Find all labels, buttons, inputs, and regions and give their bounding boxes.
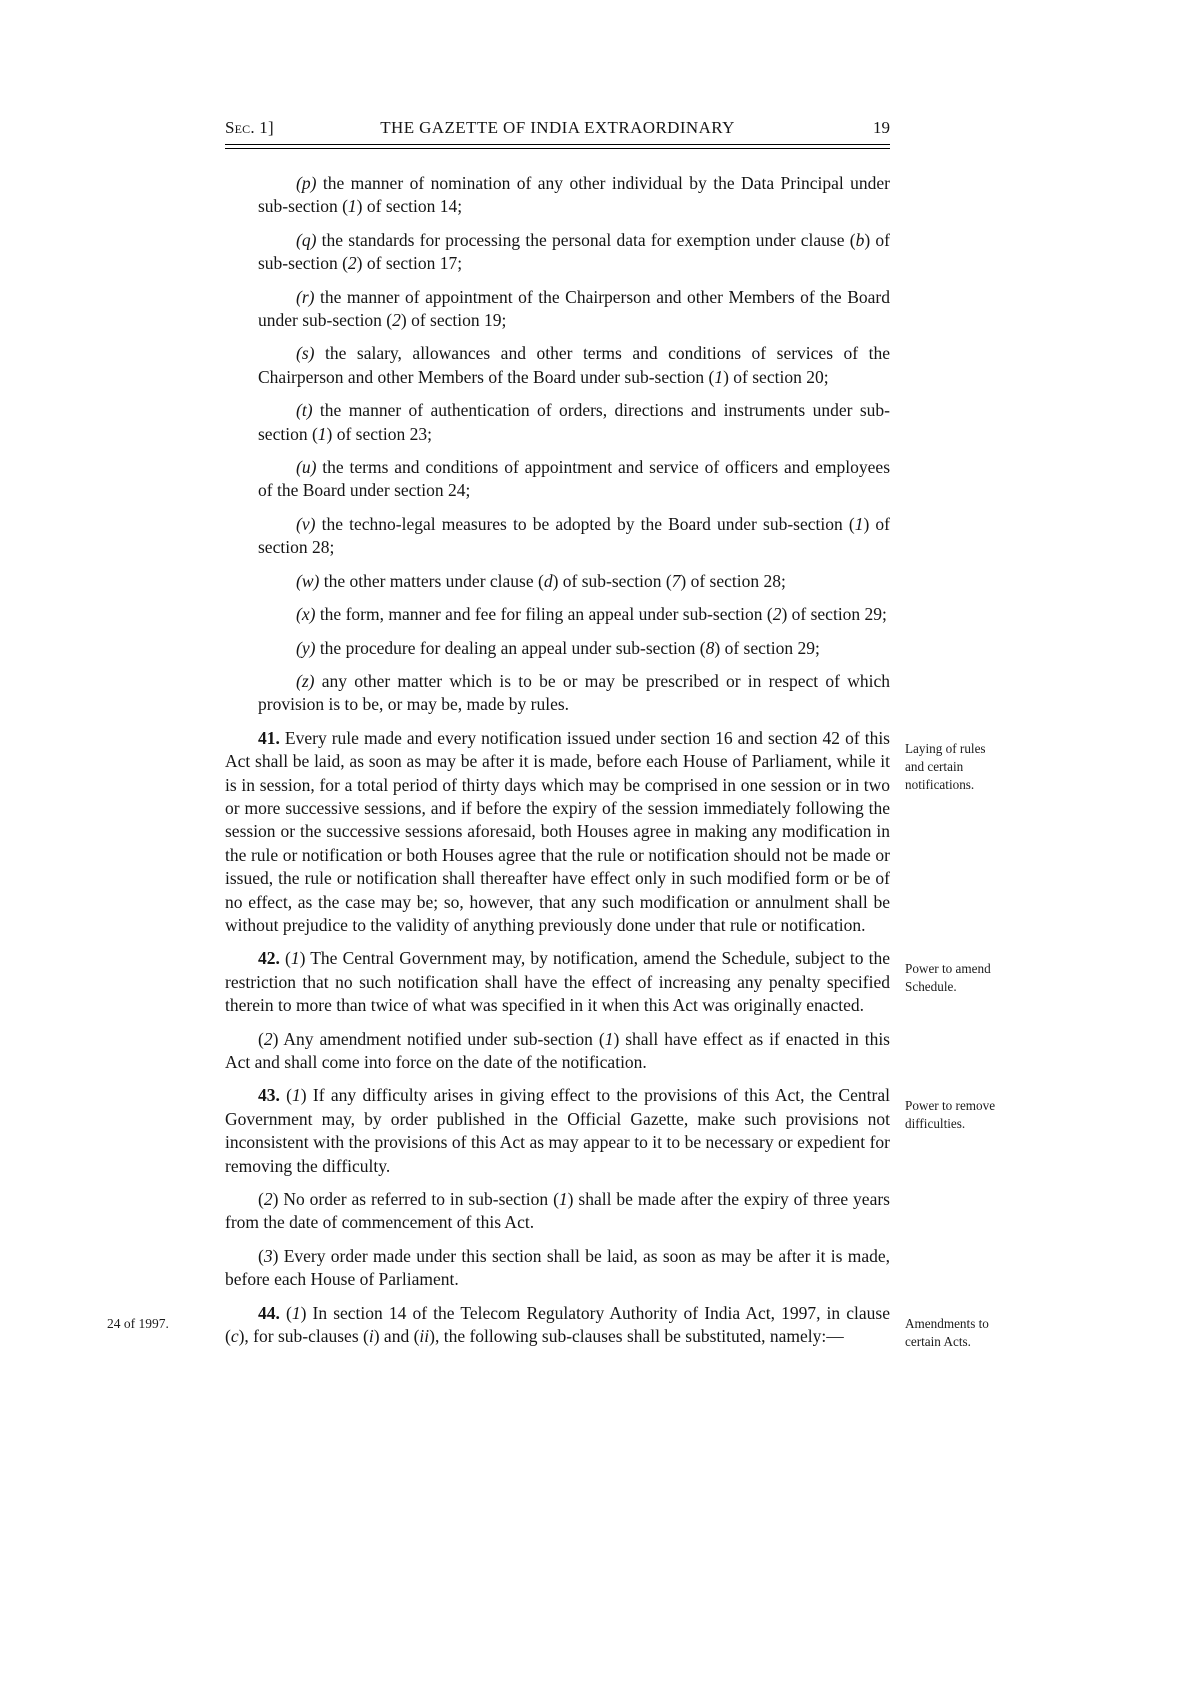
text-segment: (t) bbox=[296, 400, 313, 420]
clause-paragraph-w: (w) the other matters under clause (d) o… bbox=[258, 570, 890, 593]
side-note-laying-of-rules: Laying of rules and certain notification… bbox=[905, 740, 1001, 794]
text-segment: ) of section 23; bbox=[327, 424, 432, 444]
text-segment: (u) bbox=[296, 457, 316, 477]
text-segment: c bbox=[231, 1326, 239, 1346]
paragraph-block: (u) the terms and conditions of appointm… bbox=[225, 456, 890, 503]
paragraph-block: (z) any other matter which is to be or m… bbox=[225, 670, 890, 717]
clause-paragraph-x: (x) the form, manner and fee for filing … bbox=[258, 603, 890, 626]
text-segment: ) of section 29; bbox=[714, 638, 819, 658]
text-segment: 42. bbox=[258, 948, 280, 968]
text-segment: any other matter which is to be or may b… bbox=[258, 671, 890, 714]
paragraph-block: 43. (1) If any difficulty arises in givi… bbox=[225, 1084, 890, 1178]
section-paragraph-43-1: 43. (1) If any difficulty arises in givi… bbox=[225, 1084, 890, 1178]
paragraph-block: (2) No order as referred to in sub-secti… bbox=[225, 1188, 890, 1235]
clause-paragraph-z: (z) any other matter which is to be or m… bbox=[258, 670, 890, 717]
clause-paragraph-t: (t) the manner of authentication of orde… bbox=[258, 399, 890, 446]
paragraph-block: (q) the standards for processing the per… bbox=[225, 229, 890, 276]
clause-paragraph-p: (p) the manner of nomination of any othe… bbox=[258, 172, 890, 219]
clause-paragraph-s: (s) the salary, allowances and other ter… bbox=[258, 342, 890, 389]
margin-note-act-citation: 24 of 1997. bbox=[107, 1315, 211, 1333]
text-segment: 1 bbox=[318, 424, 327, 444]
section-paragraph-42-1: 42. (1) The Central Government may, by n… bbox=[225, 947, 890, 1017]
text-segment: the terms and conditions of appointment … bbox=[258, 457, 890, 500]
paragraph-block: (2) Any amendment notified under sub-sec… bbox=[225, 1028, 890, 1075]
text-segment: ) The Central Government may, by notific… bbox=[225, 948, 890, 1015]
paragraph-block: (s) the salary, allowances and other ter… bbox=[225, 342, 890, 389]
paragraph-block: 41. Every rule made and every notificati… bbox=[225, 727, 890, 938]
text-segment: the other matters under clause ( bbox=[319, 571, 544, 591]
text-segment: ii bbox=[419, 1326, 429, 1346]
text-segment: ) Any amendment notified under sub-secti… bbox=[273, 1029, 605, 1049]
clause-paragraph-y: (y) the procedure for dealing an appeal … bbox=[258, 637, 890, 660]
text-segment: (z) bbox=[296, 671, 314, 691]
text-segment: ) of sub-section ( bbox=[553, 571, 672, 591]
text-segment: ) and ( bbox=[374, 1326, 420, 1346]
text-segment: ) Every order made under this section sh… bbox=[225, 1246, 890, 1289]
text-segment: ( bbox=[280, 1085, 292, 1105]
text-segment: ( bbox=[280, 948, 291, 968]
side-note-power-to-remove-difficulties: Power to remove difficulties. bbox=[905, 1097, 1001, 1133]
section-ref: Sec. 1] bbox=[225, 118, 345, 138]
gazette-page: Sec. 1] THE GAZETTE OF INDIA EXTRAORDINA… bbox=[0, 0, 1190, 1684]
text-segment: 1 bbox=[291, 948, 300, 968]
text-segment: ) of section 19; bbox=[401, 310, 506, 330]
text-segment: ) of section 29; bbox=[781, 604, 886, 624]
text-segment: 1 bbox=[348, 196, 357, 216]
text-segment: 44. bbox=[258, 1303, 280, 1323]
section-paragraph-43-3: (3) Every order made under this section … bbox=[225, 1245, 890, 1292]
text-segment: 1 bbox=[292, 1085, 301, 1105]
text-segment: 41. bbox=[258, 728, 280, 748]
text-segment: ), the following sub-clauses shall be su… bbox=[429, 1326, 844, 1346]
clause-paragraph-r: (r) the manner of appointment of the Cha… bbox=[258, 286, 890, 333]
text-segment: the manner of appointment of the Chairpe… bbox=[258, 287, 890, 330]
text-segment: 3 bbox=[264, 1246, 273, 1266]
text-segment: ) of section 14; bbox=[357, 196, 462, 216]
text-segment: 1 bbox=[292, 1303, 301, 1323]
page-header: Sec. 1] THE GAZETTE OF INDIA EXTRAORDINA… bbox=[225, 118, 890, 138]
text-segment: d bbox=[544, 571, 553, 591]
paragraph-block: (w) the other matters under clause (d) o… bbox=[225, 570, 890, 593]
paragraph-block: (y) the procedure for dealing an appeal … bbox=[225, 637, 890, 660]
text-segment: the standards for processing the persona… bbox=[316, 230, 855, 250]
text-segment: (w) bbox=[296, 571, 319, 591]
text-segment: ) of section 28; bbox=[680, 571, 785, 591]
text-segment: 2 bbox=[392, 310, 401, 330]
text-segment: ) No order as referred to in sub-section… bbox=[273, 1189, 559, 1209]
paragraph-block: (3) Every order made under this section … bbox=[225, 1245, 890, 1292]
header-rule bbox=[225, 144, 890, 149]
paragraph-block: (x) the form, manner and fee for filing … bbox=[225, 603, 890, 626]
clause-paragraph-v: (v) the techno-legal measures to be adop… bbox=[258, 513, 890, 560]
text-segment: the techno-legal measures to be adopted … bbox=[315, 514, 854, 534]
text-segment: ( bbox=[280, 1303, 292, 1323]
text-segment: (q) bbox=[296, 230, 316, 250]
section-paragraph-43-2: (2) No order as referred to in sub-secti… bbox=[225, 1188, 890, 1235]
page-number: 19 bbox=[770, 118, 890, 138]
paragraph-block: (p) the manner of nomination of any othe… bbox=[225, 172, 890, 219]
text-segment: (y) bbox=[296, 638, 315, 658]
text-segment: 1 bbox=[714, 367, 723, 387]
side-note-amendments-to-certain-acts: Amendments to certain Acts. bbox=[905, 1315, 1001, 1351]
text-segment: 43. bbox=[258, 1085, 280, 1105]
text-segment: Every rule made and every notification i… bbox=[225, 728, 890, 935]
text-segment: the form, manner and fee for filing an a… bbox=[315, 604, 772, 624]
paragraph-block: (v) the techno-legal measures to be adop… bbox=[225, 513, 890, 560]
text-segment: 1 bbox=[559, 1189, 568, 1209]
text-segment: (s) bbox=[296, 343, 314, 363]
text-segment: 2 bbox=[264, 1189, 273, 1209]
clause-paragraph-u: (u) the terms and conditions of appointm… bbox=[258, 456, 890, 503]
paragraph-block: (r) the manner of appointment of the Cha… bbox=[225, 286, 890, 333]
text-segment: ) of section 17; bbox=[357, 253, 462, 273]
section-paragraph-44-1: 44. (1) In section 14 of the Telecom Reg… bbox=[225, 1302, 890, 1349]
text-segment: (r) bbox=[296, 287, 314, 307]
text-segment: ) If any difficulty arises in giving eff… bbox=[225, 1085, 890, 1175]
text-segment: (p) bbox=[296, 173, 316, 193]
text-segment: ), for sub-clauses ( bbox=[239, 1326, 369, 1346]
section-paragraph-42-2: (2) Any amendment notified under sub-sec… bbox=[225, 1028, 890, 1075]
paragraph-block: (t) the manner of authentication of orde… bbox=[225, 399, 890, 446]
side-note-power-to-amend-schedule: Power to amend Schedule. bbox=[905, 960, 1001, 996]
page-content: Sec. 1] THE GAZETTE OF INDIA EXTRAORDINA… bbox=[225, 118, 890, 1348]
text-segment: (x) bbox=[296, 604, 315, 624]
text-segment: 2 bbox=[348, 253, 357, 273]
paragraph-block: 44. (1) In section 14 of the Telecom Reg… bbox=[225, 1302, 890, 1349]
clause-paragraph-q: (q) the standards for processing the per… bbox=[258, 229, 890, 276]
text-segment: ) of section 20; bbox=[723, 367, 828, 387]
paragraph-block: 42. (1) The Central Government may, by n… bbox=[225, 947, 890, 1017]
gazette-title: THE GAZETTE OF INDIA EXTRAORDINARY bbox=[345, 118, 770, 138]
section-paragraph-41: 41. Every rule made and every notificati… bbox=[225, 727, 890, 938]
text-segment: (v) bbox=[296, 514, 315, 534]
text-segment: 2 bbox=[264, 1029, 273, 1049]
text-segment: the procedure for dealing an appeal unde… bbox=[315, 638, 705, 658]
